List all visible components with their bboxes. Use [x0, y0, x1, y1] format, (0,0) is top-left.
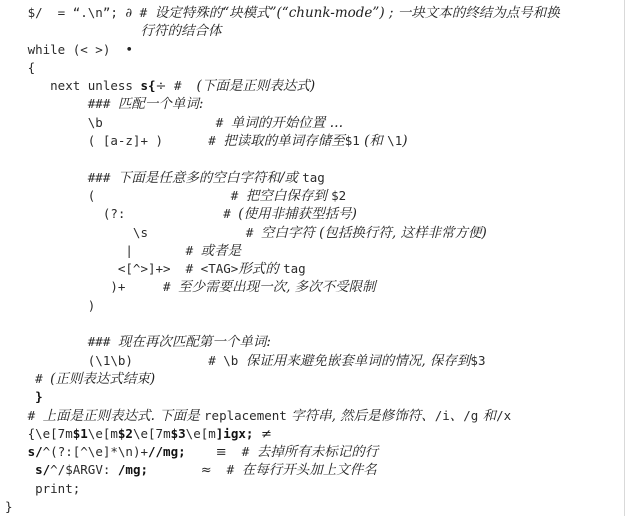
code-segment: $2 — [118, 426, 133, 441]
code-segment: # — [212, 462, 242, 477]
code-segment: ]igx; — [216, 426, 254, 441]
code-line: (?: # (使用非捕获型括号) — [5, 205, 628, 223]
code-segment — [5, 389, 35, 404]
code-segment: tag — [283, 261, 306, 276]
code-segment: 行符的结合体 — [140, 23, 221, 39]
code-line: (\1\b) # \b 保证用来避免嵌套单词的情况, 保存到$3 — [5, 352, 628, 370]
code-segment: $2 — [331, 188, 346, 203]
code-line: } — [5, 388, 628, 406]
code-segment: 至少需要出现一次, 多次不受限制 — [178, 279, 376, 295]
code-line: ( # 把空白保存到 $2 — [5, 187, 628, 205]
code-segment: )+ # — [5, 279, 178, 294]
code-line: \s # 空白字符 (包括换行符, 这样非常方便) — [5, 224, 628, 242]
code-segment: ) — [402, 133, 407, 149]
code-segment: 单词的开始位置 … — [231, 115, 343, 131]
code-line: ) — [5, 297, 628, 315]
code-segment: \e[m — [88, 426, 118, 441]
code-segment — [148, 462, 201, 477]
code-segment: # — [227, 444, 257, 459]
code-segment — [5, 23, 140, 38]
code-segment: ### — [5, 334, 118, 349]
code-segment: $1 — [345, 133, 360, 148]
code-segment: ( # — [5, 188, 246, 203]
code-segment: # — [166, 78, 196, 93]
code-segment: ### — [5, 170, 118, 185]
code-segment: (使用非捕获型括号) — [238, 206, 357, 222]
code-segment: 设定特殊的“块模式”(“chunk-mode”) ; 一块文本的终结为点号和换 — [155, 5, 560, 21]
code-segment: ^/$ARGV: — [50, 462, 118, 477]
code-line: next unless s{÷ # (下面是正则表达式) — [5, 77, 628, 95]
code-segment: $3 — [171, 426, 186, 441]
code-segment: replacement — [204, 408, 287, 423]
code-line: # 上面是正则表达式. 下面是 replacement 字符串, 然后是修饰符、… — [5, 407, 628, 425]
code-line — [5, 315, 628, 333]
callout-4-icon: ≠ — [261, 427, 272, 442]
code-segment: \s # — [5, 225, 261, 240]
code-segment: 形式的 — [238, 261, 283, 277]
code-segment: { — [5, 60, 35, 75]
code-line: s/^(?:[^\e]*\n)+//mg; ≡ # 去掉所有未标记的行 — [5, 443, 628, 461]
code-segment: tag — [302, 170, 325, 185]
code-segment: # — [5, 371, 50, 386]
code-line — [5, 150, 628, 168]
code-line: 行符的结合体 — [5, 22, 628, 40]
code-segment: /x — [496, 408, 511, 423]
code-segment: \b # — [5, 115, 231, 130]
callout-6-icon: ≈ — [201, 463, 212, 478]
callout-2-icon: • — [125, 43, 133, 58]
code-segment: $/ = “.\n”; — [5, 5, 125, 20]
code-segment: <[^>]+> # <TAG> — [5, 261, 238, 276]
callout-3-icon: ÷ — [156, 79, 167, 94]
code-segment: (正则表达式结束) — [50, 371, 155, 387]
code-segment: s{ — [140, 78, 155, 93]
code-segment: /i — [435, 408, 450, 423]
code-segment: 在每行开头加上文件名 — [242, 462, 377, 478]
code-segment: s/ — [35, 462, 50, 477]
code-line: ### 下面是任意多的空白字符和/或 tag — [5, 169, 628, 187]
code-line: $/ = “.\n”; ∂ # 设定特殊的“块模式”(“chunk-mode”)… — [5, 4, 628, 22]
code-line: | # 或者是 — [5, 242, 628, 260]
code-segment: (和 — [360, 133, 387, 149]
code-line: { — [5, 59, 628, 77]
code-segment: s/ — [28, 444, 43, 459]
code-segment: next unless — [5, 78, 140, 93]
code-line: ### 现在再次匹配第一个单词: — [5, 333, 628, 351]
code-segment: (?: # — [5, 206, 238, 221]
callout-5-icon: ≡ — [216, 445, 227, 460]
code-line: while (< >) • — [5, 41, 628, 59]
code-segment: 上面是正则表达式. 下面是 — [43, 408, 204, 424]
code-line: )+ # 至少需要出现一次, 多次不受限制 — [5, 278, 628, 296]
code-segment: } — [5, 499, 13, 514]
code-segment — [5, 444, 28, 459]
code-line: s/^/$ARGV: /mg; ≈ # 在每行开头加上文件名 — [5, 461, 628, 479]
code-segment: 去掉所有未标记的行 — [257, 444, 379, 460]
code-segment — [253, 426, 261, 441]
code-segment: $1 — [73, 426, 88, 441]
code-segment: {\e[7m — [5, 426, 73, 441]
code-segment: \e[7m — [133, 426, 171, 441]
code-line: <[^>]+> # <TAG>形式的 tag — [5, 260, 628, 278]
code-line: } — [5, 498, 628, 516]
code-segment: # — [132, 5, 155, 20]
code-segment: # — [5, 408, 43, 423]
code-segment: (\1\b) # \b — [5, 353, 246, 368]
code-segment: ^(?:[^\e]*\n)+ — [43, 444, 148, 459]
code-segment — [186, 444, 216, 459]
code-segment: 下面是任意多的空白字符和/或 — [118, 170, 302, 186]
code-segment: /mg; — [118, 462, 148, 477]
page-edge-line — [624, 0, 625, 516]
code-segment: 现在再次匹配第一个单词: — [118, 334, 271, 350]
code-segment: 、 — [450, 408, 464, 424]
code-segment: print; — [5, 481, 80, 496]
code-line: {\e[7m$1\e[m$2\e[7m$3\e[m]igx; ≠ — [5, 425, 628, 443]
code-segment: 字符串, 然后是修饰符、 — [287, 408, 435, 424]
code-segment: //mg; — [148, 444, 186, 459]
code-segment: ) — [5, 298, 95, 313]
code-segment: ### — [5, 96, 118, 111]
code-segment: /g — [463, 408, 478, 423]
code-line: ### 匹配一个单词: — [5, 95, 628, 113]
code-block: $/ = “.\n”; ∂ # 设定特殊的“块模式”(“chunk-mode”)… — [0, 0, 628, 516]
code-segment: while (< >) — [5, 42, 125, 57]
code-segment: ( [a-z]+ ) # — [5, 133, 223, 148]
code-segment: \e[m — [186, 426, 216, 441]
code-segment: \1 — [387, 133, 402, 148]
code-segment: $3 — [470, 353, 485, 368]
code-line: \b # 单词的开始位置 … — [5, 114, 628, 132]
code-segment: 把读取的单词存储至 — [223, 133, 345, 149]
code-segment: (下面是正则表达式) — [197, 78, 316, 94]
code-segment: 空白字符 (包括换行符, 这样非常方便) — [261, 225, 487, 241]
code-segment: 保证用来避免嵌套单词的情况, 保存到 — [246, 353, 471, 369]
code-segment: } — [35, 389, 43, 404]
code-segment: 和 — [478, 408, 496, 424]
code-segment: | # — [5, 243, 201, 258]
code-segment: 把空白保存到 — [246, 188, 331, 204]
code-segment: 匹配一个单词: — [118, 96, 204, 112]
book-page: $/ = “.\n”; ∂ # 设定特殊的“块模式”(“chunk-mode”)… — [0, 0, 628, 516]
code-segment — [5, 462, 35, 477]
code-line: ( [a-z]+ ) # 把读取的单词存储至$1 (和 \1) — [5, 132, 628, 150]
code-line: # (正则表达式结束) — [5, 370, 628, 388]
code-segment: 或者是 — [201, 243, 242, 259]
code-line: print; — [5, 480, 628, 498]
